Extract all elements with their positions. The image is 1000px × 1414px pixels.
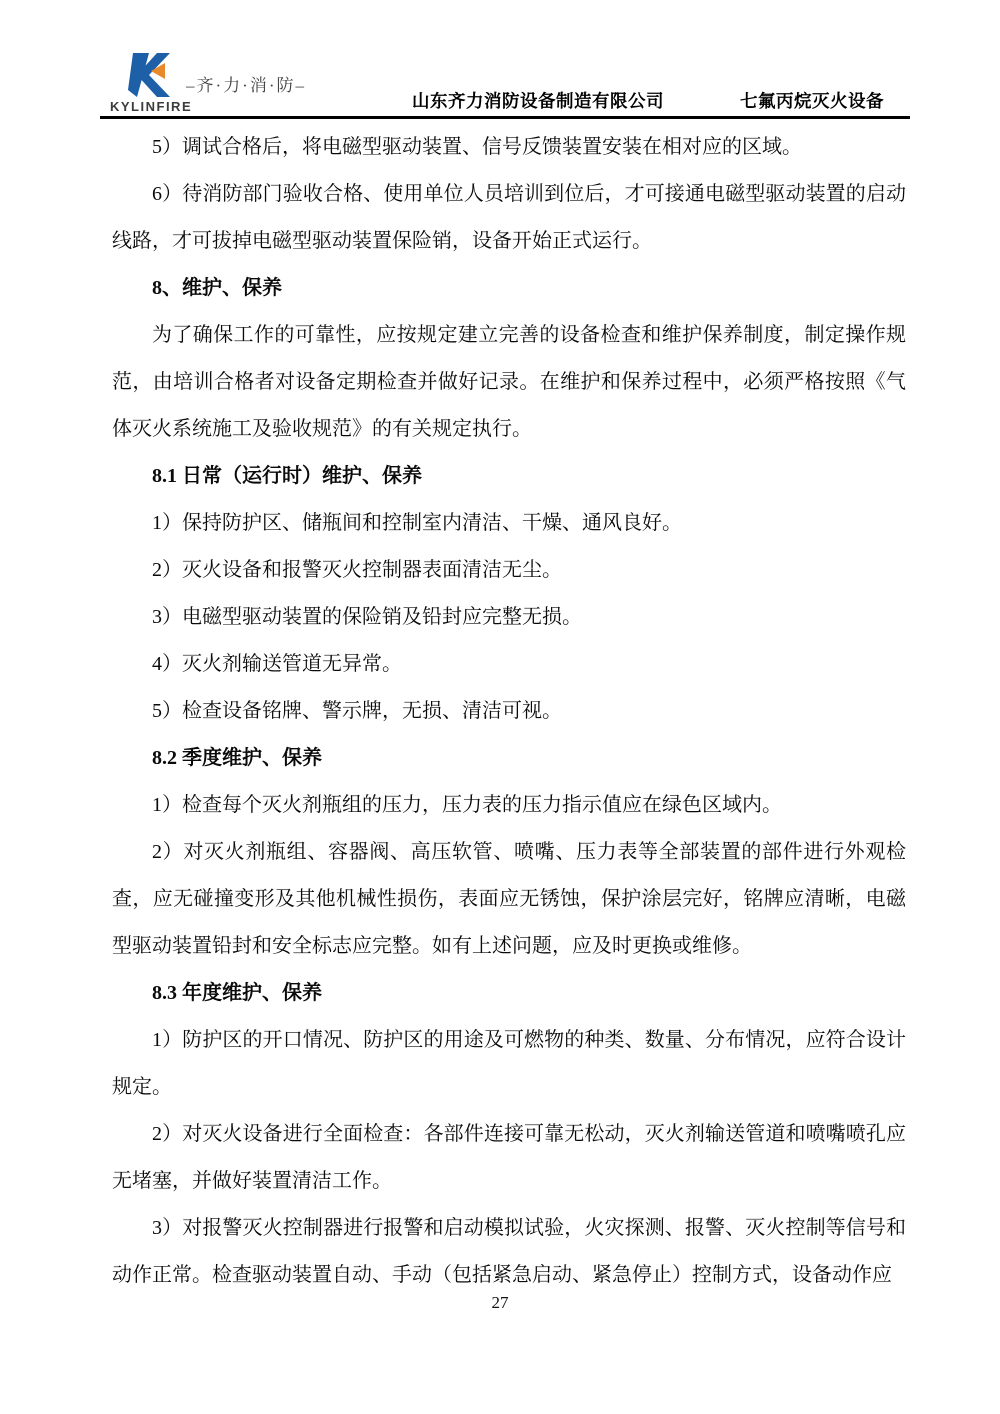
paragraph: 3）电磁型驱动装置的保险销及铅封应完整无损。 bbox=[112, 594, 906, 641]
document-page: KYLINFIRE –齐·力·消·防– 山东齐力消防设备制造有限公司 七氟丙烷灭… bbox=[0, 0, 1000, 1414]
section-heading: 8.3 年度维护、保养 bbox=[112, 970, 906, 1017]
paragraph: 5）调试合格后，将电磁型驱动装置、信号反馈装置安装在相对应的区域。 bbox=[112, 124, 906, 171]
paragraph: 4）灭火剂输送管道无异常。 bbox=[112, 641, 906, 688]
paragraph: 1）检查每个灭火剂瓶组的压力，压力表的压力指示值应在绿色区域内。 bbox=[112, 782, 906, 829]
paragraph: 2）灭火设备和报警灭火控制器表面清洁无尘。 bbox=[112, 547, 906, 594]
paragraph: 3）对报警灭火控制器进行报警和启动模拟试验，火灾探测、报警、灭火控制等信号和动作… bbox=[112, 1205, 906, 1299]
paragraph: 2）对灭火剂瓶组、容器阀、高压软管、喷嘴、压力表等全部装置的部件进行外观检查，应… bbox=[112, 829, 906, 970]
kylinfire-logo-icon bbox=[128, 53, 172, 104]
section-heading: 8.2 季度维护、保养 bbox=[112, 735, 906, 782]
paragraph: 为了确保工作的可靠性，应按规定建立完善的设备检查和维护保养制度，制定操作规范，由… bbox=[112, 312, 906, 453]
page-number: 27 bbox=[0, 1293, 1000, 1313]
brand-tagline: –齐·力·消·防– bbox=[186, 71, 306, 96]
brand-logotype: KYLINFIRE bbox=[110, 99, 192, 114]
paragraph: 1）保持防护区、储瓶间和控制室内清洁、干燥、通风良好。 bbox=[112, 500, 906, 547]
paragraph: 2）对灭火设备进行全面检查：各部件连接可靠无松动，灭火剂输送管道和喷嘴喷孔应无堵… bbox=[112, 1111, 906, 1205]
paragraph: 6）待消防部门验收合格、使用单位人员培训到位后，才可接通电磁型驱动装置的启动线路… bbox=[112, 171, 906, 265]
paragraph: 5）检查设备铭牌、警示牌，无损、清洁可视。 bbox=[112, 688, 906, 735]
header-company-name: 山东齐力消防设备制造有限公司 bbox=[412, 88, 664, 113]
header-product-title: 七氟丙烷灭火设备 bbox=[740, 88, 884, 113]
document-body: 5）调试合格后，将电磁型驱动装置、信号反馈装置安装在相对应的区域。 6）待消防部… bbox=[112, 124, 906, 1299]
paragraph: 1）防护区的开口情况、防护区的用途及可燃物的种类、数量、分布情况，应符合设计规定… bbox=[112, 1017, 906, 1111]
section-heading: 8.1 日常（运行时）维护、保养 bbox=[112, 453, 906, 500]
section-heading: 8、维护、保养 bbox=[112, 265, 906, 312]
header-divider bbox=[100, 116, 910, 119]
